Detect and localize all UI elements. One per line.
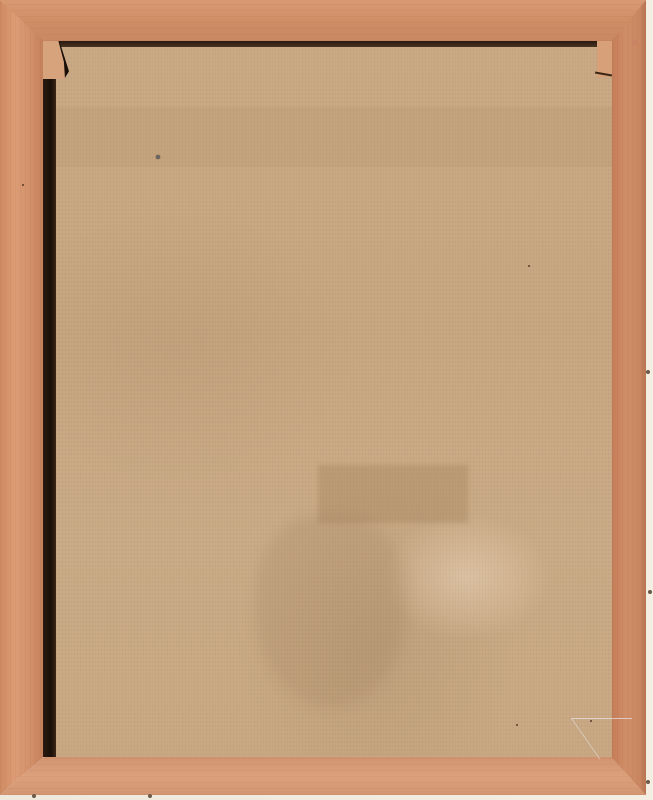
cardboard-backing (56, 47, 612, 757)
cardboard-speck (528, 265, 530, 267)
faded-stain (256, 517, 406, 707)
left-gap-shadow (43, 41, 56, 757)
wall-dot (32, 794, 36, 798)
frame-top-rail (0, 0, 646, 41)
frame-bottom-rail (0, 757, 646, 795)
cardboard-band (56, 107, 612, 167)
wall-dot (648, 590, 652, 594)
rectangular-stain (318, 465, 468, 523)
cardboard-speck (516, 724, 518, 726)
frame-right-stile (612, 0, 646, 795)
frame-left-stile (0, 0, 43, 795)
wall-dot (148, 794, 152, 798)
wall-dot (646, 370, 650, 374)
wood-knot (632, 39, 637, 46)
wall-dot (646, 780, 650, 784)
nail-head-icon (156, 155, 160, 159)
wooden-frame (0, 0, 646, 795)
photo-scene (0, 0, 653, 800)
wood-speck (22, 184, 24, 186)
